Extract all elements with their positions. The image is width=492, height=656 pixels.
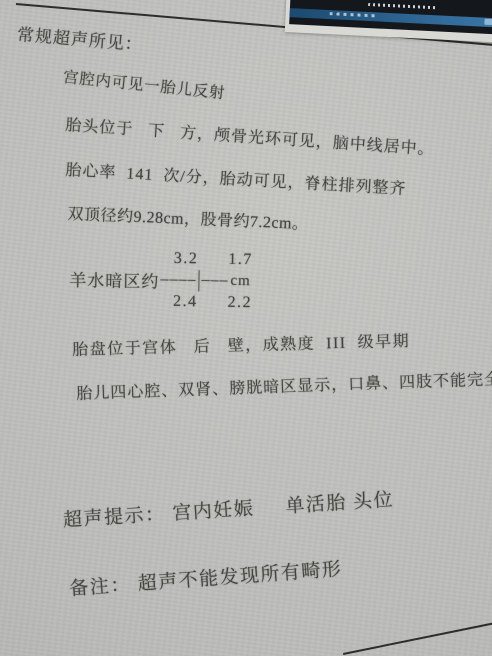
amniotic-fluid-measurement: 羊水暗区约 3.2 1.7 –––– | ––– cm 2.4 2.2 xyxy=(69,246,253,313)
amniotic-label: 羊水暗区约 xyxy=(69,265,159,292)
finding-fetal-head: 胎头位于 下 方，颅骨光环可见，脑中线居中。 xyxy=(65,116,436,160)
finding-biometry: 双顶径约9.28cm，股骨约7.2cm。 xyxy=(67,205,309,235)
impression-text: 宫内妊娠 单活胎 头位 xyxy=(172,489,395,524)
amniotic-divider-row: –––– | ––– cm xyxy=(160,269,251,293)
ultrasound-screen-strip xyxy=(289,0,492,35)
note-label: 备注： xyxy=(69,574,132,599)
amniotic-bottom-row: 2.4 2.2 xyxy=(160,291,252,314)
finding-heart-rate: 胎心率 141 次/分，胎动可见，脊柱排列整齐 xyxy=(65,161,407,200)
amniotic-bottom-right-value: 2.2 xyxy=(227,292,252,313)
amniotic-top-left-value: 3.2 xyxy=(174,248,199,269)
amniotic-dashes-left: –––– xyxy=(160,269,196,292)
amniotic-unit: cm xyxy=(230,270,251,292)
form-bottom-border-line xyxy=(343,616,492,655)
amniotic-bottom-left-value: 2.4 xyxy=(173,291,198,312)
finding-placenta: 胎盘位于宫体 后 壁，成熟度 III 级早期 xyxy=(72,332,410,361)
ultrasound-overlay-text-marks xyxy=(368,3,436,9)
status-bar-highlight xyxy=(484,19,492,26)
note-text: 超声不能发现所有畸形 xyxy=(137,559,343,595)
section-title: 常规超声所见： xyxy=(16,24,143,56)
amniotic-top-right-value: 1.7 xyxy=(228,249,253,270)
finding-uterus: 宫腔内可见一胎儿反射 xyxy=(62,68,226,104)
ultrasound-report-document: 常规超声所见： 宫腔内可见一胎儿反射 胎头位于 下 方，颅骨光环可见，脑中线居中… xyxy=(0,0,492,656)
attached-ultrasound-photo-edge xyxy=(285,0,492,43)
impression-label: 超声提示： xyxy=(63,504,167,531)
amniotic-dashes-right: ––– xyxy=(201,269,228,291)
amniotic-top-row: 3.2 1.7 xyxy=(161,248,253,271)
finding-anatomy: 胎儿四心腔、双肾、膀胱暗区显示，口鼻、四肢不能完全 xyxy=(76,370,492,405)
ultrasound-status-bar xyxy=(289,8,492,28)
status-bar-tick-marks xyxy=(330,12,376,17)
amniotic-separator: | xyxy=(197,263,201,297)
amniotic-quadrant-values: 3.2 1.7 –––– | ––– cm 2.4 2.2 xyxy=(160,248,253,314)
